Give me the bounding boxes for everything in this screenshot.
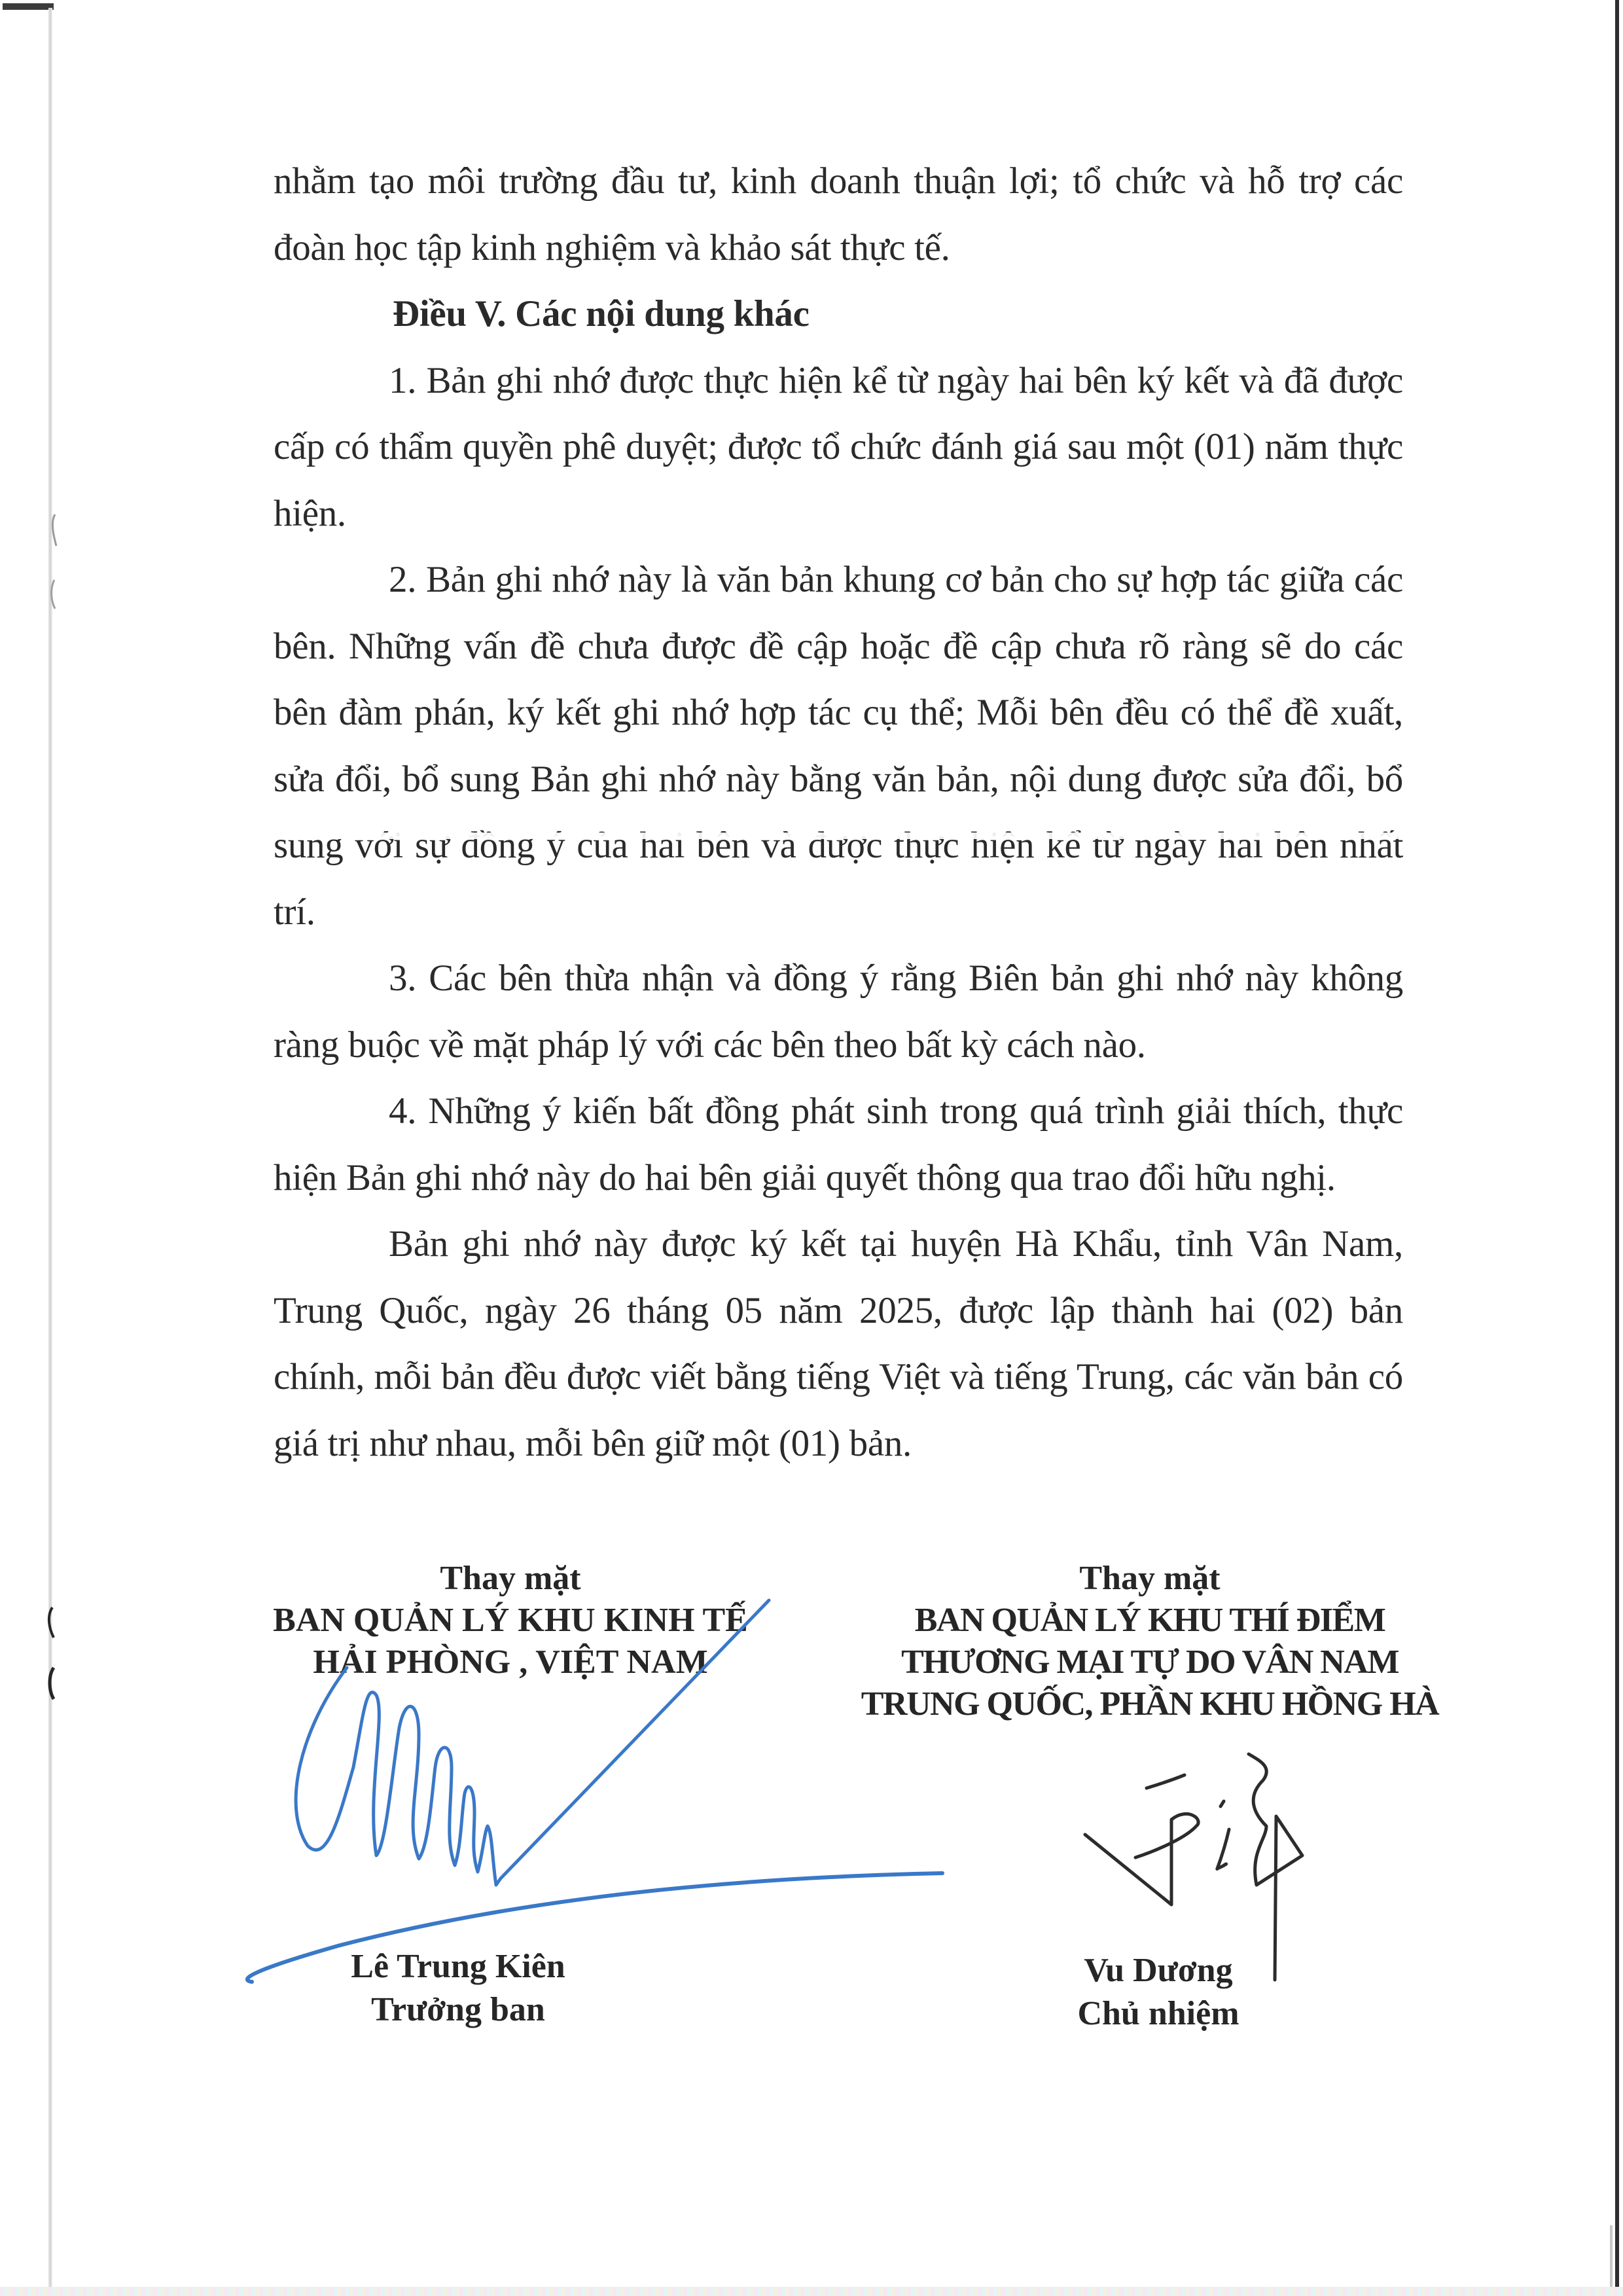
signer-title: Chủ nhiệm bbox=[1041, 1992, 1276, 2036]
clause-4: 4. Những ý kiến bất đồng phát sinh trong… bbox=[274, 1078, 1403, 1211]
scan-right-edge bbox=[1615, 0, 1619, 2296]
signer-title: Trưởng ban bbox=[314, 1988, 602, 2032]
scan-streak-artifact bbox=[274, 833, 1406, 839]
organization-line: BAN QUẢN LÝ KHU THÍ ĐIỂM bbox=[832, 1600, 1467, 1641]
signature-block-right: Thay mặt BAN QUẢN LÝ KHU THÍ ĐIỂM THƯƠNG… bbox=[832, 1558, 1467, 1725]
scan-right-edge-shadow bbox=[1610, 2225, 1613, 2296]
binder-ring-mark bbox=[48, 576, 63, 615]
scan-left-edge bbox=[48, 8, 52, 2296]
binder-ring-mark bbox=[50, 512, 64, 551]
signer-right: Vu Dương Chủ nhiệm bbox=[1041, 1949, 1276, 2036]
clause-2: 2. Bản ghi nhớ này là văn bản khung cơ b… bbox=[274, 547, 1403, 945]
clause-1: 1. Bản ghi nhớ được thực hiện kể từ ngày… bbox=[274, 348, 1403, 547]
scan-corner-mark bbox=[3, 3, 54, 10]
organization-line: THƯƠNG MẠI TỰ DO VÂN NAM bbox=[832, 1641, 1467, 1683]
signature-block-left: Thay mặt BAN QUẢN LÝ KHU KINH TẾ HẢI PHÒ… bbox=[216, 1558, 805, 1683]
binder-ring-mark bbox=[46, 1665, 60, 1704]
signer-name: Vu Dương bbox=[1041, 1949, 1276, 1992]
on-behalf-label: Thay mặt bbox=[216, 1558, 805, 1600]
article-heading: Điều V. Các nội dung khác bbox=[274, 281, 1403, 348]
closing-paragraph: Bản ghi nhớ này được ký kết tại huyện Hà… bbox=[274, 1211, 1403, 1477]
signer-name: Lê Trung Kiên bbox=[314, 1945, 602, 1988]
paragraph-continuation: nhằm tạo môi trường đầu tư, kinh doanh t… bbox=[274, 148, 1403, 281]
document-body: nhằm tạo môi trường đầu tư, kinh doanh t… bbox=[274, 148, 1403, 1477]
signer-left: Lê Trung Kiên Trưởng ban bbox=[314, 1945, 602, 2032]
clause-3: 3. Các bên thừa nhận và đồng ý rằng Biên… bbox=[274, 945, 1403, 1078]
scan-bottom-fringe bbox=[0, 2287, 1623, 2296]
on-behalf-label: Thay mặt bbox=[832, 1558, 1467, 1600]
organization-line: HẢI PHÒNG , VIỆT NAM bbox=[216, 1641, 805, 1683]
signature-right-icon bbox=[1085, 1754, 1302, 1980]
organization-line: BAN QUẢN LÝ KHU KINH TẾ bbox=[216, 1600, 805, 1641]
organization-line: TRUNG QUỐC, PHẦN KHU HỒNG HÀ bbox=[832, 1683, 1467, 1725]
binder-ring-mark bbox=[46, 1605, 60, 1644]
